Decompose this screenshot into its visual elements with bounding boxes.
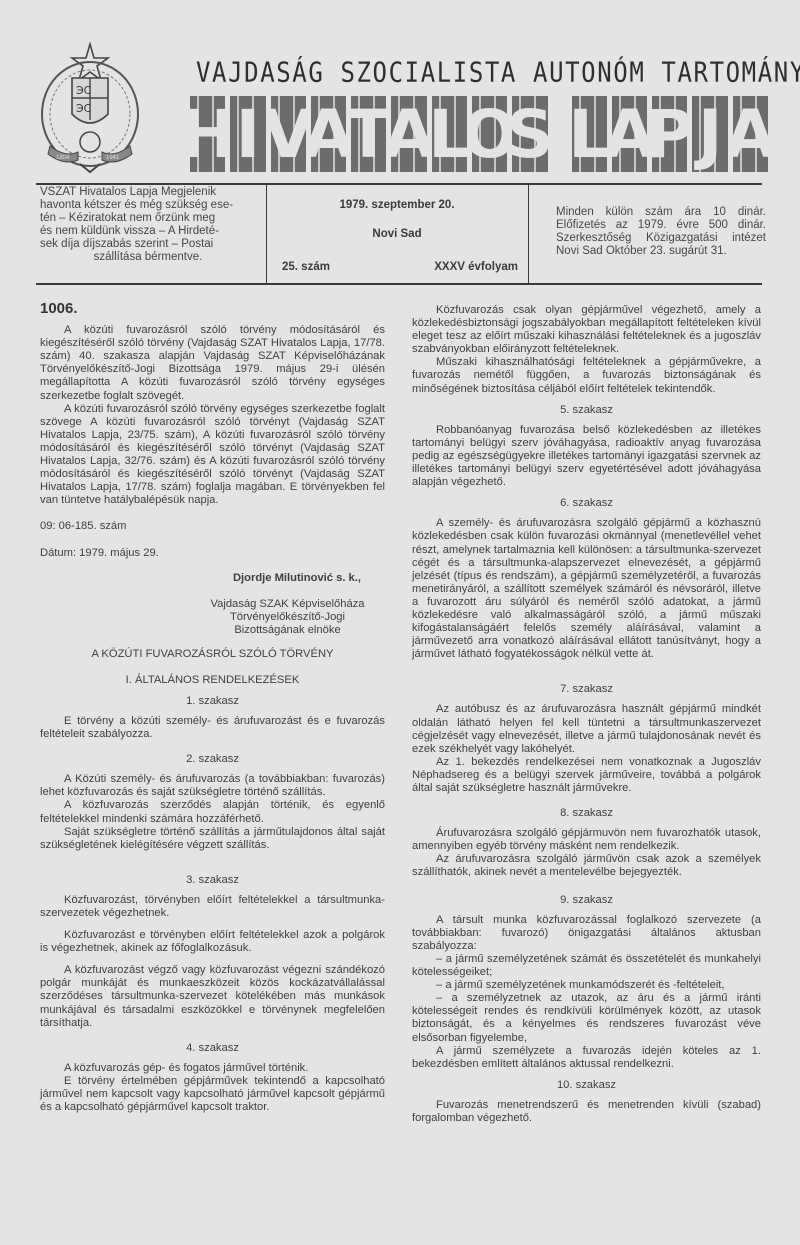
left-column: 1006. A közúti fuvarozásról szóló törvén… — [40, 300, 385, 1114]
signatory-name: Djordje Milutinović s. k., — [40, 572, 385, 585]
section-heading: 3. szakasz — [40, 874, 385, 887]
title-letter: L — [432, 96, 467, 172]
issue-number: 25. szám — [282, 261, 330, 273]
section-heading: 2. szakasz — [40, 753, 385, 766]
header-divider-2 — [528, 183, 529, 283]
notice-line: VSZAT Hivatalos Lapja Megjelenik — [40, 186, 256, 199]
title-letter: A — [733, 96, 768, 172]
title-letter: I — [230, 96, 265, 172]
section-paragraph: Az 1. bekezdés rendelkezései nem vonatko… — [412, 756, 761, 795]
section-heading: 10. szakasz — [412, 1079, 761, 1092]
header-bottom-rule — [36, 283, 762, 285]
issue-volume: XXXV évfolyam — [434, 261, 518, 273]
masthead-subtitle: VAJDASÁG SZOCIALISTA AUTONÓM TARTOMÁNY — [196, 56, 766, 88]
section-paragraph: A közfuvarozás gép- és fogatos járművel … — [40, 1062, 385, 1075]
svg-text:1804: 1804 — [56, 155, 70, 161]
notice-line: havonta kétszer és még szükség ese- — [40, 199, 256, 212]
list-item: – a jármű személyzetének számát és össze… — [412, 953, 761, 979]
section-paragraph: Robbanóanyag fuvarozása belső közlekedés… — [412, 424, 761, 489]
title-letter: T — [351, 96, 386, 172]
signatory-title-line: Törvényelőkészítő-Jogi — [190, 611, 385, 624]
list-item: – a jármű személyzetének munkamódszerét … — [412, 979, 761, 992]
section-paragraph: E törvény a közúti személy- és árufuvaro… — [40, 715, 385, 741]
section-paragraph: Közfuvarozást, törvényben előírt feltéte… — [40, 894, 385, 920]
intro-paragraph: A közúti fuvarozásról szóló törvény egys… — [40, 403, 385, 508]
header-divider-1 — [266, 183, 267, 283]
title-letter: V — [271, 96, 306, 172]
header-top-rule — [36, 183, 762, 185]
section-heading: 1. szakasz — [40, 695, 385, 708]
section-heading: 4. szakasz — [40, 1042, 385, 1055]
continuation-paragraph: Műszaki kihasználhatósági feltételeknek … — [412, 356, 761, 395]
issue-info: 1979. szeptember 20. Novi Sad 25. szám X… — [270, 186, 524, 278]
section-paragraph: Az autóbusz és az árufuvarozásra használ… — [412, 703, 761, 755]
document-number: 1006. — [40, 302, 385, 315]
section-paragraph: Az árufuvarozásra szolgáló járművön csak… — [412, 853, 761, 879]
notice-line: sek díja díjszabás szerint – Postai — [40, 238, 256, 251]
law-title: A KÖZÚTI FUVAROZÁSRÓL SZÓLÓ TÖRVÉNY — [40, 648, 385, 661]
svg-text:ЭС: ЭС — [76, 102, 92, 115]
section-heading: 9. szakasz — [412, 894, 761, 907]
section-paragraph: A jármű személyzete a fuvarozás idején k… — [412, 1045, 761, 1071]
title-letter: P — [652, 96, 687, 172]
title-letter: J — [692, 96, 727, 172]
coat-of-arms-icon: ЭС ЭС 1804 1941 — [36, 42, 144, 174]
section-paragraph: Fuvarozás menetrendszerű és menetrenden … — [412, 1099, 761, 1125]
section-paragraph: A közfuvarozás szerződés alapján történi… — [40, 799, 385, 825]
chapter-heading: I. ÁLTALÁNOS RENDELKEZÉSEK — [40, 674, 385, 687]
right-column: Közfuvarozás csak olyan gépjárművel vége… — [412, 304, 761, 1125]
section-heading: 5. szakasz — [412, 404, 761, 417]
reference-number: 09: 06-185. szám — [40, 520, 385, 533]
svg-text:ЭС: ЭС — [76, 84, 92, 97]
section-paragraph: A Közúti személy- és árufuvarozás (a tov… — [40, 773, 385, 799]
masthead-title: H I V A T A L O S L A P J A — [190, 96, 768, 172]
svg-text:1941: 1941 — [106, 155, 120, 161]
title-letter: A — [391, 96, 426, 172]
publication-notice: VSZAT Hivatalos Lapja Megjelenik havonta… — [40, 186, 256, 264]
document-date: Dátum: 1979. május 29. — [40, 547, 385, 560]
notice-line: és nem küldünk vissza – A Hirdeté- — [40, 225, 256, 238]
signatory-title-line: Bizottságának elnöke — [190, 624, 385, 637]
section-paragraph: A társult munka közfuvarozással foglalko… — [412, 914, 761, 953]
list-item: – a személyzetnek az utazok, az áru és a… — [412, 992, 761, 1044]
intro-paragraph: A közúti fuvarozásról szóló törvény módo… — [40, 324, 385, 403]
title-letter: A — [612, 96, 647, 172]
section-paragraph: Saját szükségletre történő szállítás a j… — [40, 826, 385, 852]
section-paragraph: Közfuvarozást e törvényben előírt feltét… — [40, 929, 385, 955]
notice-line: szállítása bérmentve. — [40, 251, 256, 264]
issue-date: 1979. szeptember 20. — [270, 199, 524, 211]
title-letter: L — [572, 96, 607, 172]
subscription-info: Minden külön szám ára 10 dinár. Előfizet… — [556, 206, 766, 258]
section-heading: 7. szakasz — [412, 683, 761, 696]
title-space — [553, 96, 567, 172]
section-paragraph: A közfuvarozást végző vagy közfuvarozást… — [40, 964, 385, 1029]
section-heading: 6. szakasz — [412, 497, 761, 510]
title-letter: A — [311, 96, 346, 172]
issue-place: Novi Sad — [270, 228, 524, 240]
section-heading: 8. szakasz — [412, 807, 761, 820]
signatory-title: Vajdaság SZAK Képviselőháza Törvényelőké… — [40, 598, 385, 637]
section-paragraph: E törvény értelmében gépjárművek tekinte… — [40, 1075, 385, 1114]
title-letter: S — [512, 96, 547, 172]
title-letter: O — [472, 96, 507, 172]
gazette-page: ЭС ЭС 1804 1941 VAJDASÁG SZOCIALISTA AUT… — [0, 0, 800, 1245]
notice-line: tén – Kéziratokat nem őrzünk meg — [40, 212, 256, 225]
section-paragraph: A személy- és árufuvarozásra szolgáló gé… — [412, 517, 761, 661]
title-letter: H — [190, 96, 225, 172]
continuation-paragraph: Közfuvarozás csak olyan gépjárművel vége… — [412, 304, 761, 356]
section-paragraph: Árufuvarozásra szolgáló gépjármuvön nem … — [412, 827, 761, 853]
signatory-title-line: Vajdaság SZAK Képviselőháza — [190, 598, 385, 611]
